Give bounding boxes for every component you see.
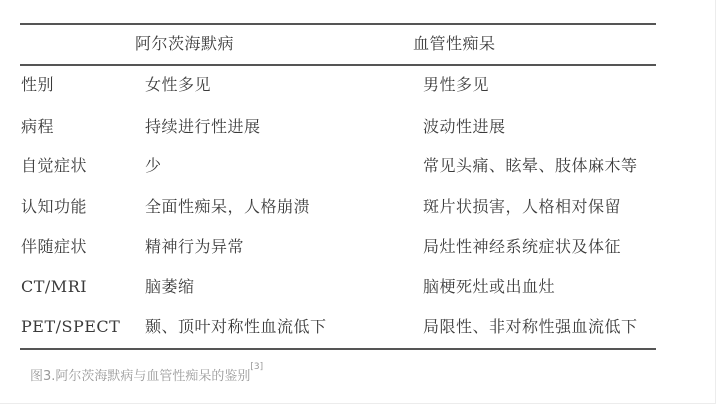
row-alzheimers: 精神行为异常 [145, 237, 244, 257]
row-vascular: 常见头痛、眩晕、肢体麻木等 [423, 156, 638, 176]
header-alzheimers: 阿尔茨海默病 [135, 34, 234, 54]
table-bottom-rule [20, 348, 656, 350]
row-alzheimers: 脑萎缩 [145, 277, 195, 297]
header-vascular-dementia: 血管性痴呆 [413, 34, 496, 54]
caption-reference[interactable]: [3] [250, 362, 263, 372]
row-alzheimers: 颞、顶叶对称性血流低下 [145, 317, 327, 337]
row-vascular: 波动性进展 [423, 117, 506, 137]
row-feature: 伴随症状 [21, 237, 87, 257]
row-vascular: 局限性、非对称性强血流低下 [423, 317, 638, 337]
row-feature: PET/SPECT [21, 317, 120, 337]
row-feature: 自觉症状 [21, 156, 87, 176]
row-feature: CT/MRI [21, 277, 87, 297]
figure-caption: 图3.阿尔茨海默病与血管性痴呆的鉴别[3] [30, 365, 263, 384]
row-vascular: 男性多见 [423, 75, 489, 95]
row-feature: 性别 [21, 75, 54, 95]
row-alzheimers: 少 [145, 156, 162, 176]
document-frame: 阿尔茨海默病 血管性痴呆 性别 女性多见 男性多见 病程 持续进行性进展 波动性… [0, 0, 716, 404]
row-alzheimers: 女性多见 [145, 75, 211, 95]
table-header-rule [20, 64, 656, 66]
row-vascular: 斑片状损害，人格相对保留 [423, 197, 621, 217]
row-alzheimers: 全面性痴呆，人格崩溃 [145, 197, 310, 217]
row-vascular: 局灶性神经系统症状及体征 [423, 237, 621, 257]
row-feature: 认知功能 [21, 197, 87, 217]
row-feature: 病程 [21, 117, 54, 137]
row-vascular: 脑梗死灶或出血灶 [423, 277, 555, 297]
table-top-rule [20, 23, 656, 25]
caption-text: 图3.阿尔茨海默病与血管性痴呆的鉴别 [30, 369, 250, 384]
row-alzheimers: 持续进行性进展 [145, 117, 261, 137]
